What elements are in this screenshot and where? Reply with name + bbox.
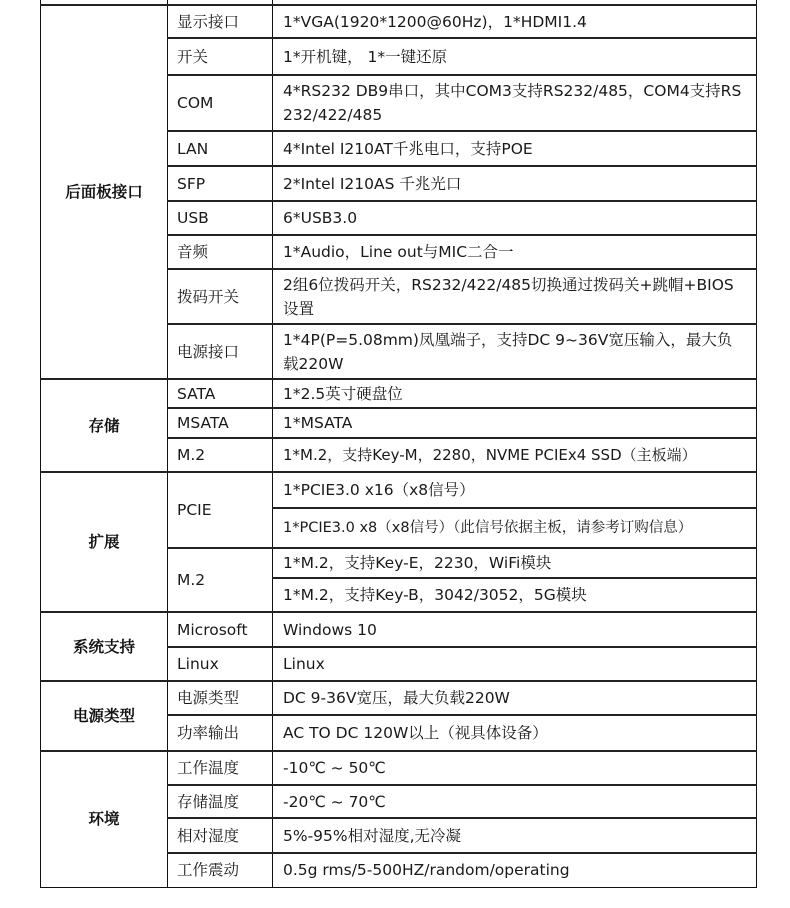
value-sata: 1*2.5英寸硬盘位 bbox=[273, 379, 757, 408]
value-power-connector: 1*4P(P=5.08mm)凤凰端子，支持DC 9~36V宽压输入，最大负载22… bbox=[273, 324, 757, 379]
key-power-output: 功率输出 bbox=[168, 715, 273, 751]
category-storage: 存储 bbox=[41, 379, 168, 472]
value-audio: 1*Audio，Line out与MIC二合一 bbox=[273, 235, 757, 269]
key-humidity: 相对湿度 bbox=[168, 818, 273, 853]
value-pcie-2: 1*PCIE3.0 x8（x8信号）（此信号依据主板，请参考订购信息） bbox=[273, 508, 757, 548]
key-com: COM bbox=[168, 75, 273, 131]
value-sfp: 2*Intel I210AS 千兆光口 bbox=[273, 166, 757, 201]
table-row: 电源类型 电源类型 DC 9-36V宽压，最大负载220W bbox=[41, 681, 757, 715]
table-row: 扩展 PCIE 1*PCIE3.0 x16（x8信号） bbox=[41, 472, 757, 508]
category-os-support: 系统支持 bbox=[41, 612, 168, 681]
value-display-port: 1*VGA(1920*1200@60Hz)，1*HDMI1.4 bbox=[273, 5, 757, 38]
category-power-type: 电源类型 bbox=[41, 681, 168, 751]
key-m2-expansion: M.2 bbox=[168, 548, 273, 612]
key-lan: LAN bbox=[168, 131, 273, 166]
value-linux: Linux bbox=[273, 647, 757, 681]
table-row: 存储 SATA 1*2.5英寸硬盘位 bbox=[41, 379, 757, 408]
key-pcie: PCIE bbox=[168, 472, 273, 548]
spec-table: 后面板接口 显示接口 1*VGA(1920*1200@60Hz)，1*HDMI1… bbox=[40, 0, 757, 888]
value-com: 4*RS232 DB9串口，其中COM3支持RS232/485，COM4支持RS… bbox=[273, 75, 757, 131]
value-lan: 4*Intel I210AT千兆电口，支持POE bbox=[273, 131, 757, 166]
value-power-type: DC 9-36V宽压，最大负载220W bbox=[273, 681, 757, 715]
value-storage-temp: -20℃ ~ 70℃ bbox=[273, 785, 757, 818]
value-m2-5g: 1*M.2，支持Key-B，3042/3052，5G模块 bbox=[273, 578, 757, 612]
value-vibration: 0.5g rms/5-500HZ/random/operating bbox=[273, 853, 757, 887]
value-power-output: AC TO DC 120W以上（视具体设备） bbox=[273, 715, 757, 751]
key-audio: 音频 bbox=[168, 235, 273, 269]
key-linux: Linux bbox=[168, 647, 273, 681]
table-row: 后面板接口 显示接口 1*VGA(1920*1200@60Hz)，1*HDMI1… bbox=[41, 5, 757, 38]
key-power-type: 电源类型 bbox=[168, 681, 273, 715]
table-row: 环境 工作温度 -10℃ ~ 50℃ bbox=[41, 751, 757, 785]
key-storage-temp: 存储温度 bbox=[168, 785, 273, 818]
value-dip-switch: 2组6位拨码开关，RS232/422/485切换通过拨码关+跳帽+BIOS设置 bbox=[273, 269, 757, 324]
key-sata: SATA bbox=[168, 379, 273, 408]
value-pcie-1: 1*PCIE3.0 x16（x8信号） bbox=[273, 472, 757, 508]
key-operating-temp: 工作温度 bbox=[168, 751, 273, 785]
value-msata: 1*MSATA bbox=[273, 408, 757, 438]
value-humidity: 5%-95%相对湿度,无冷凝 bbox=[273, 818, 757, 853]
value-m2-wifi: 1*M.2，支持Key-E，2230，WiFi模块 bbox=[273, 548, 757, 578]
key-msata: MSATA bbox=[168, 408, 273, 438]
value-m2-storage: 1*M.2，支持Key-M，2280，NVME PCIEx4 SSD（主板端） bbox=[273, 438, 757, 472]
value-operating-temp: -10℃ ~ 50℃ bbox=[273, 751, 757, 785]
key-usb: USB bbox=[168, 201, 273, 235]
key-microsoft: Microsoft bbox=[168, 612, 273, 647]
key-display-port: 显示接口 bbox=[168, 5, 273, 38]
value-usb: 6*USB3.0 bbox=[273, 201, 757, 235]
key-m2-storage: M.2 bbox=[168, 438, 273, 472]
key-dip-switch: 拨码开关 bbox=[168, 269, 273, 324]
key-vibration: 工作震动 bbox=[168, 853, 273, 887]
category-rear-panel: 后面板接口 bbox=[41, 5, 168, 379]
table-row: 系统支持 Microsoft Windows 10 bbox=[41, 612, 757, 647]
value-microsoft: Windows 10 bbox=[273, 612, 757, 647]
category-environment: 环境 bbox=[41, 751, 168, 887]
key-sfp: SFP bbox=[168, 166, 273, 201]
value-switch: 1*开机键， 1*一键还原 bbox=[273, 38, 757, 75]
category-expansion: 扩展 bbox=[41, 472, 168, 612]
key-switch: 开关 bbox=[168, 38, 273, 75]
key-power-connector: 电源接口 bbox=[168, 324, 273, 379]
